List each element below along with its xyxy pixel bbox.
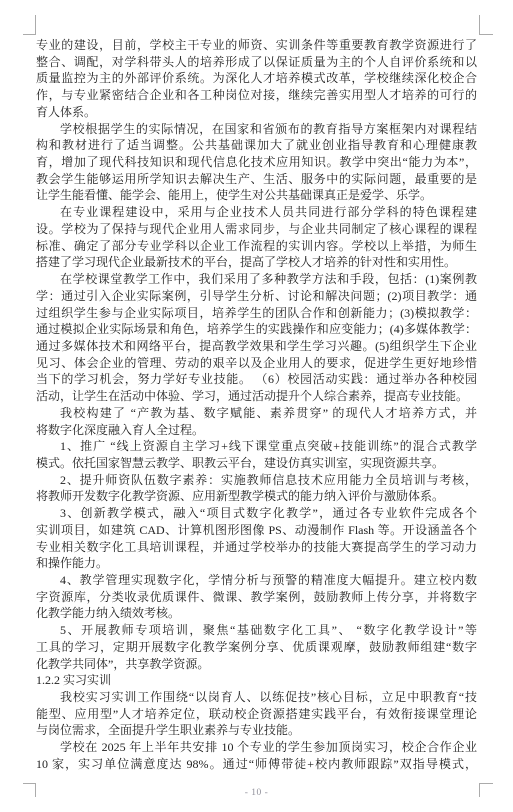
text-line: 工具的学习，定期开展数字化教学案例分享、优质课观摩，鼓励教师组建“数字 bbox=[36, 639, 477, 656]
document-page: 专业的建设，目前，学校主干专业的师资、实训条件等重要教育教学资源进行了整合、调配… bbox=[0, 0, 513, 812]
text-line: 和操作能力。 bbox=[36, 555, 477, 572]
text-line: 过组织学生参与企业实际项目，培养学生的团队合作和创新能力；(3)模拟教学： bbox=[36, 305, 477, 322]
text-line: 育，增加了现代科技知识和现代信息化技术应用知识。教学中突出“能力为本”， bbox=[36, 154, 477, 171]
text-line: 当下的学习机会，努力学好专业技能。 （6）校园活动实践：通过举办各种校园 bbox=[36, 371, 477, 388]
text-line: 构和教材进行了适当调整。公共基础课加大了就业创业指导教育和心理健康教 bbox=[36, 137, 477, 154]
text-line: 设。学校为了保持与现代企业用人需求同步，与企业共同制定了核心课程的课程 bbox=[36, 221, 477, 238]
text-line: 能型、应用型”人才培养定位，联动校企资源搭建实践平台，有效衔接课堂理论 bbox=[36, 706, 477, 723]
text-line: 10 家，实习单位满意度达 98%。通过“师傅带徒+校内教师跟踪”双指导模式， bbox=[36, 756, 477, 773]
text-line: 专业的建设，目前，学校主干专业的师资、实训条件等重要教育教学资源进行了 bbox=[36, 37, 477, 54]
text-line: 化教学共同体”，共享教学资源。 bbox=[36, 656, 477, 673]
text-line: 在专业课程建设中，采用与企业技术人员共同进行部分学科的特色课程建 bbox=[36, 204, 477, 221]
page-number: - 10 - bbox=[0, 788, 513, 798]
text-line: 通过模拟企业实际场景和角色，培养学生的实践操作和应变能力；(4)多媒体教学： bbox=[36, 321, 477, 338]
text-line: 专业相关数字化工具培训课程，并通过学校举办的技能大赛提高学生的学习动力 bbox=[36, 539, 477, 556]
text-line: 5、开展教师专项培训，聚焦“基础数字化工具”、 “数字化教学设计”等 bbox=[36, 622, 477, 639]
text-line: 质量监控为主的外部评价系统。为深化人才培养模式改革，学校继续深化校企合 bbox=[36, 70, 477, 87]
text-line: 4、教学管理实现数字化，学情分析与预警的精准度大幅提升。建立校内数 bbox=[36, 572, 477, 589]
text-line: 活动，让学生在活动中体验、学习，通过活动提升个人综合素养，提高专业技能。 bbox=[36, 388, 477, 405]
text-line: 模式。依托国家智慧云教学、职教云平台，建设仿真实训室，实现资源共享。 bbox=[36, 455, 477, 472]
text-line: 将数字化深度融入育人全过程。 bbox=[36, 422, 477, 439]
text-line: 搭建了学习现代企业最新技术的平台，提高了学校人才培养的针对性和实用性。 bbox=[36, 254, 477, 271]
text-boundary-mark-top-left bbox=[23, 15, 36, 35]
text-line: 标准、确定了部分专业学科以企业工作流程的实训内容。学校以上举措，为师生 bbox=[36, 238, 477, 255]
text-line: 通过多媒体技术和网络平台，提高教学效果和学生学习兴趣。(5)组织学生下企业 bbox=[36, 338, 477, 355]
text-line: 学：通过引入企业实际案例，引导学生分析、讨论和解决问题；(2)项目教学：通 bbox=[36, 288, 477, 305]
text-line: 作，与专业紧密结合企业和各工种岗位对接，继续完善实用型人才培养的可行的 bbox=[36, 87, 477, 104]
text-boundary-mark-top-right bbox=[479, 15, 493, 35]
text-line: 我校构建了 “产教为基、数字赋能、素养贯穿” 的现代人才培养方式，并 bbox=[36, 405, 477, 422]
text-line: 整合、调配，对学科带头人的培养形成了以保证质量为主的个人自评价系统和以 bbox=[36, 54, 477, 71]
text-line: 育人体系。 bbox=[36, 104, 477, 121]
text-line: 学校根据学生的实际情况，在国家和省颁布的教育指导方案框架内对课程结 bbox=[36, 121, 477, 138]
text-line: 字资源库，分类收录优质课件、微课、教学案例，鼓励教师上传分享，并将数字 bbox=[36, 589, 477, 606]
document-body: 专业的建设，目前，学校主干专业的师资、实训条件等重要教育教学资源进行了整合、调配… bbox=[36, 37, 477, 773]
text-line: 教会学生能够运用所学知识去解决生产、生活、服务中的实际问题，最重要的是 bbox=[36, 171, 477, 188]
text-line: 我校实习实训工作围绕“以岗育人、以练促技”核心目标，立足中职教育“技 bbox=[36, 689, 477, 706]
text-line: 与岗位需求，全面提升学生职业素养与专业技能。 bbox=[36, 722, 477, 739]
text-line: 将教师开发数字化教学资源、应用新型教学模式的能力纳入评价与激励体系。 bbox=[36, 488, 477, 505]
text-line: 1、推广 “线上资源自主学习+线下课堂重点突破+技能训练”的混合式教学 bbox=[36, 438, 477, 455]
section-heading: 1.2.2 实习实训 bbox=[36, 672, 477, 689]
text-line: 2、提升师资队伍数字素养：实施教师信息技术应用能力全员培训与考核， bbox=[36, 472, 477, 489]
text-line: 化教学能力纳入绩效考核。 bbox=[36, 605, 477, 622]
text-line: 学校在 2025 年上半年共安排 10 个专业的学生参加顶岗实习，校企合作企业 bbox=[36, 739, 477, 756]
text-line: 实训项目，如建筑 CAD、计算机图形图像 PS、动漫制作 Flash 等。开设涵… bbox=[36, 522, 477, 539]
text-line: 让学生能看懂、能学会、能用上，使学生对公共基础课真正是爱学、乐学。 bbox=[36, 187, 477, 204]
text-line: 在学校课堂教学工作中，我们采用了多种教学方法和手段，包括：(1)案例教 bbox=[36, 271, 477, 288]
text-line: 3、创新教学模式，融入“项目式数字化教学”，通过各专业软件完成各个 bbox=[36, 505, 477, 522]
text-line: 见习、体会企业的管理、劳动的艰辛以及企业用人的要求，促进学生更好地珍惜 bbox=[36, 355, 477, 372]
